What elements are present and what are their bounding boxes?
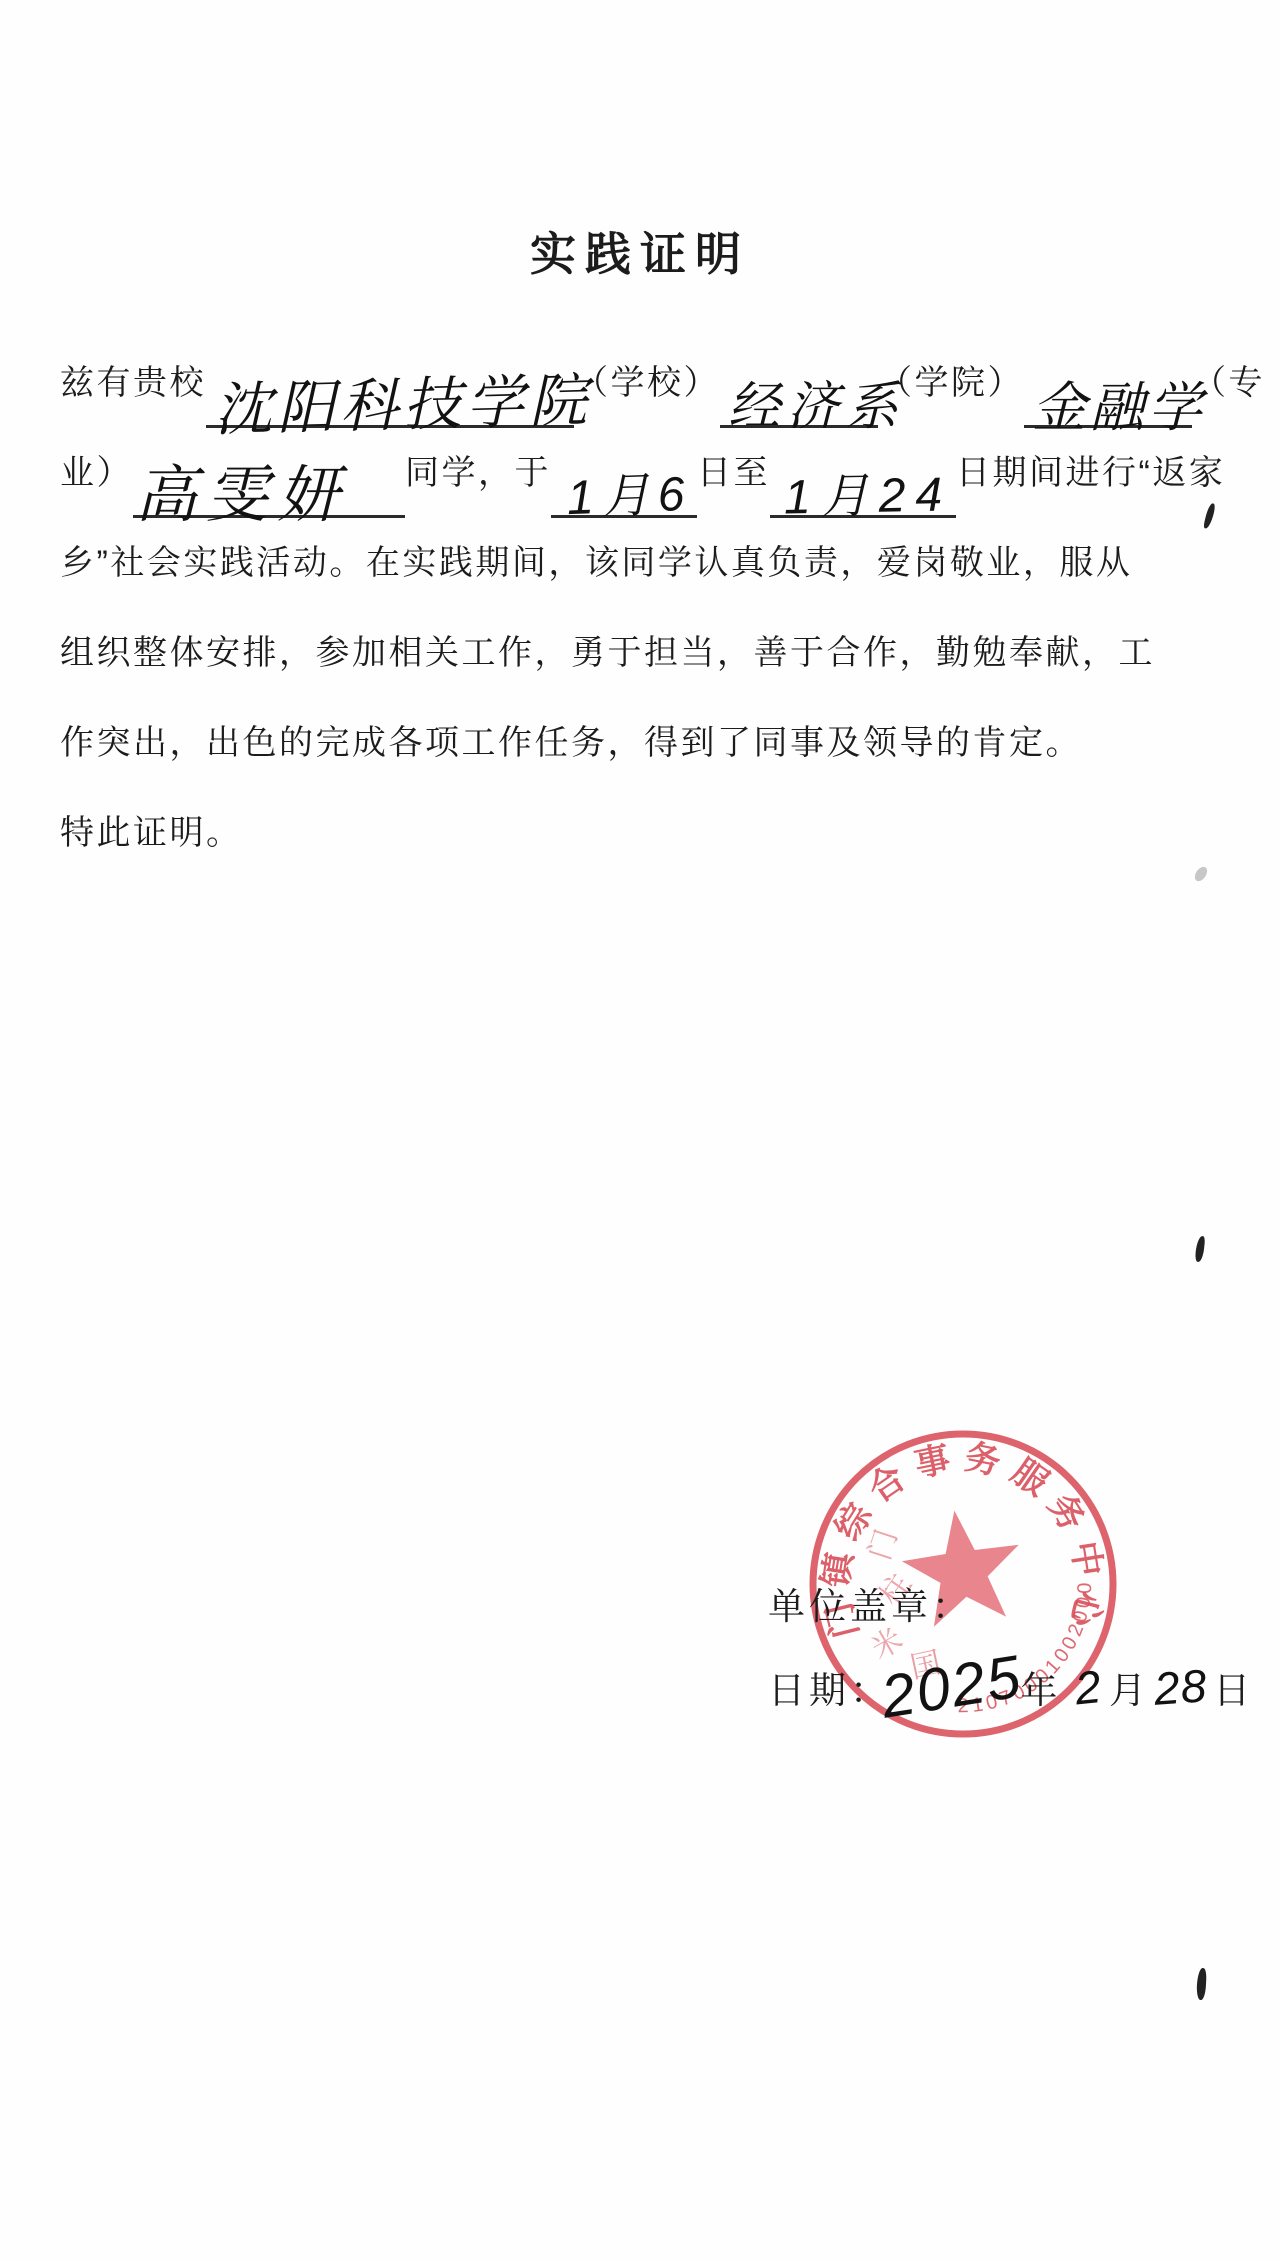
handwritten-student-name: 高雯妍 [135,465,348,527]
school-label: （学校） [574,364,720,402]
text-run-after-dates: 日期间进行“返家 [956,454,1225,492]
ink-mark [1195,1236,1206,1263]
handwritten-end-date: 1月24 [784,472,953,523]
text-run-prefix: 兹有贵校 [60,364,206,402]
seal-label: 单位盖章： [768,1576,973,1630]
closing-line: 特此证明。 [60,788,1230,878]
handwritten-school-name: 沈阳科技学院 [213,372,592,440]
handwritten-major: 金融学 [1032,381,1206,435]
major-field: 金融学 [1024,353,1192,428]
end-date-field: 1月24 [770,443,956,518]
body-line-1: 兹有贵校沈阳科技学院（学校）经济系（学院）金融学（专 [60,338,1230,428]
day-label: 日 [1213,1660,1254,1714]
ink-mark [1196,1968,1207,2000]
handwritten-department: 经济系 [728,381,905,433]
handwritten-day: 28 [1153,1662,1209,1712]
text-run-after-name: 同学，于 [405,454,551,492]
department-field: 经济系 [720,353,878,428]
month-label: 月 [1109,1660,1150,1714]
certificate-page: 实践证明 兹有贵校沈阳科技学院（学校）经济系（学院）金融学（专 业）高雯妍同学，… [0,0,1280,2260]
page-title: 实践证明 [0,218,1280,284]
school-name-field: 沈阳科技学院 [206,353,574,428]
body-line-3: 乡”社会实践活动。在实践期间，该同学认真负责，爱岗敬业，服从 [60,518,1230,608]
start-date-field: 1月6 [551,443,697,518]
handwritten-start-date: 1月6 [566,471,693,523]
date-line: 日期：2025年2月28日 [768,1650,1254,1724]
major-label-close: 业） [60,454,133,492]
year-label: 年 [1020,1660,1061,1714]
handwritten-month: 2 [1073,1663,1107,1712]
body-line-5: 作突出，出色的完成各项工作任务，得到了同事及领导的肯定。 [60,698,1230,788]
text-run-between-dates: 日至 [697,454,770,492]
body-line-4: 组织整体安排，参加相关工作，勇于担当，善于合作，勤勉奉献，工 [60,608,1230,698]
certificate-body: 兹有贵校沈阳科技学院（学校）经济系（学院）金融学（专 业）高雯妍同学，于1月6日… [60,338,1230,878]
date-prefix: 日期： [768,1660,891,1714]
student-name-field: 高雯妍 [133,443,405,518]
handwritten-year: 2025 [877,1646,1026,1727]
